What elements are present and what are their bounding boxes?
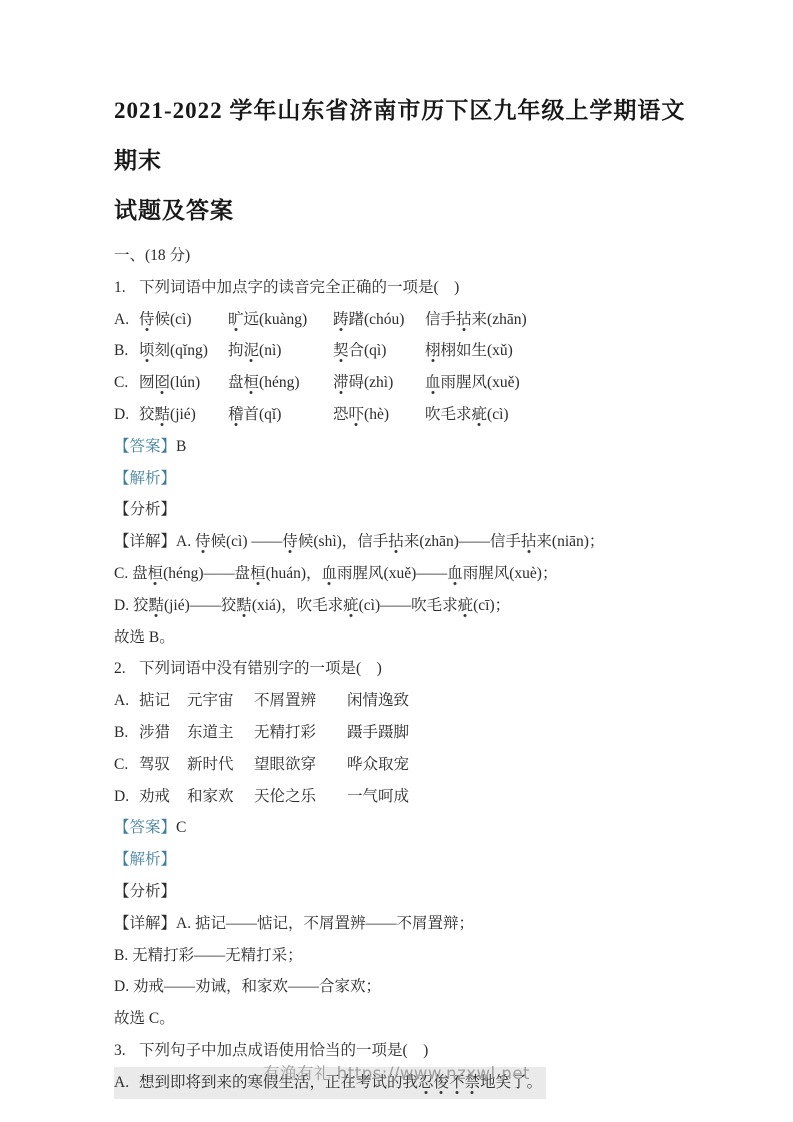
option-label: B. xyxy=(114,717,139,749)
option-row: D.劝戒和家欢天伦之乐一气呵成 xyxy=(114,781,692,813)
text-segment: (xiá)，吹毛求 xyxy=(252,597,343,614)
text-segment: (huán)， xyxy=(266,565,322,582)
text-segment: 来(niān)； xyxy=(536,533,604,550)
q2-answer: 【答案】C xyxy=(114,812,692,844)
text-segment: 躇(chóu) xyxy=(349,311,405,328)
text-segment: 【分析】 xyxy=(114,883,176,900)
emphasis-dot-char: 栩 xyxy=(425,342,441,359)
accent-label: 【答案】 xyxy=(114,438,176,455)
text-segment: 【详解】A. xyxy=(114,533,195,550)
accent-label: 【答案】 xyxy=(114,819,176,836)
text-segment: (jié)——狡 xyxy=(164,597,236,614)
option-item: 闲情逸致 xyxy=(347,685,409,717)
q1-xiangjie-a: 【详解】A. 侍候(cì) ——侍候(shì)，信手拈来(zhān)——信手拈来… xyxy=(114,526,692,558)
text-segment: (cì) xyxy=(487,406,509,423)
document-page: 2021-2022 学年山东省济南市历下区九年级上学期语文期末 试题及答案 一、… xyxy=(0,0,793,1122)
title-line-2: 试题及答案 xyxy=(114,186,692,236)
text-segment: 远(kuàng) xyxy=(244,311,308,328)
q1-fenxi-label: 【分析】 xyxy=(114,494,692,526)
option-item: 恐吓(hè) xyxy=(333,399,425,431)
q2-jiexi-label: 【解析】 xyxy=(114,844,692,876)
emphasis-dot-char: 侍 xyxy=(139,311,155,328)
text-segment: 下列句子中加点成语使用恰当的一项是( ) xyxy=(139,1042,428,1059)
emphasis-dot-char: 黠 xyxy=(236,597,252,614)
option-item: 不屑置辨 xyxy=(254,685,347,717)
q1-xiangjie-d: D. 狡黠(jié)——狡黠(xiá)，吹毛求疵(cì)——吹毛求疵(cī)； xyxy=(114,590,692,622)
option-row: C.囫囵(lún)盘桓(héng)滞碍(zhì)血雨腥风(xuě) xyxy=(114,367,692,399)
option-item: 东道主 xyxy=(187,717,254,749)
text-segment: (héng)——盘 xyxy=(163,565,250,582)
emphasis-dot-char: 桓 xyxy=(250,565,266,582)
option-item: 旷远(kuàng) xyxy=(228,304,333,336)
option-item: 元宇宙 xyxy=(187,685,254,717)
emphasis-dot-char: 滞 xyxy=(333,374,349,391)
text-segment: 囫 xyxy=(139,374,155,391)
emphasis-dot-char: 桓 xyxy=(244,374,260,391)
option-item: 踌躇(chóu) xyxy=(333,304,425,336)
text-segment: 闲情逸致 xyxy=(347,692,409,709)
text-segment: 和家欢 xyxy=(187,788,234,805)
emphasis-dot-char: 契 xyxy=(333,342,349,359)
text-segment: 劝戒 xyxy=(139,788,170,805)
option-item: 新时代 xyxy=(187,749,254,781)
q1-answer: 【答案】B xyxy=(114,431,692,463)
text-segment: 新时代 xyxy=(187,756,234,773)
option-item: 滞碍(zhì) xyxy=(333,367,425,399)
emphasis-dot-char: 黠 xyxy=(148,597,164,614)
option-row: D.狡黠(jié)稽首(qǐ)恐吓(hè)吹毛求疵(cì) xyxy=(114,399,692,431)
text-segment: (hè) xyxy=(364,406,389,423)
document-title: 2021-2022 学年山东省济南市历下区九年级上学期语文期末 试题及答案 xyxy=(114,86,692,236)
emphasis-dot-char: 疵 xyxy=(472,406,488,423)
option-item: 血雨腥风(xuě) xyxy=(425,367,520,399)
text-segment: 一气呵成 xyxy=(347,788,409,805)
option-item: 稽首(qǐ) xyxy=(228,399,333,431)
option-label: A. xyxy=(114,685,139,717)
option-label: D. xyxy=(114,781,139,813)
option-item: 栩栩如生(xǔ) xyxy=(425,335,513,367)
text-segment: 哗众取宠 xyxy=(347,756,409,773)
option-item: 契合(qì) xyxy=(333,335,425,367)
option-row: B.涉猎东道主无精打彩蹑手蹑脚 xyxy=(114,717,692,749)
text-segment: 碍(zhì) xyxy=(349,374,394,391)
option-label: D. xyxy=(114,399,139,431)
text-segment: 涉猎 xyxy=(139,724,170,741)
text-segment: (jié) xyxy=(170,406,196,423)
text-segment: 刻(qǐng) xyxy=(155,342,208,359)
option-row: A.掂记元宇宙不屑置辨闲情逸致 xyxy=(114,685,692,717)
q2-xiangjie-d: D. 劝戒——劝诫，和家欢——合家欢； xyxy=(114,971,692,1003)
option-item: 哗众取宠 xyxy=(347,749,409,781)
option-row: C.驾驭新时代望眼欲穿哗众取宠 xyxy=(114,749,692,781)
watermark-text: 有渔有礼 https://www.nzxwl.net xyxy=(263,1064,530,1083)
emphasis-dot-char: 拈 xyxy=(521,533,537,550)
emphasis-dot-char: 血 xyxy=(322,565,338,582)
q2-conclusion: 故选 C。 xyxy=(114,1003,692,1035)
text-segment: C xyxy=(176,819,186,836)
option-item: 无精打彩 xyxy=(254,717,347,749)
q1-jiexi-label: 【解析】 xyxy=(114,463,692,495)
text-segment: (nì) xyxy=(259,342,281,359)
text-segment: 狡 xyxy=(139,406,155,423)
option-label: B. xyxy=(114,335,139,367)
text-segment: B xyxy=(176,438,186,455)
text-segment: 【详解】A. 掂记——惦记，不屑置辨——不屑置辩； xyxy=(114,915,474,932)
line-label: 1. xyxy=(114,272,139,304)
text-segment: 合(qì) xyxy=(349,342,387,359)
option-item: 涉猎 xyxy=(139,717,187,749)
text-segment: 望眼欲穿 xyxy=(254,756,316,773)
emphasis-dot-char: 稽 xyxy=(228,406,244,423)
option-item: 吹毛求疵(cì) xyxy=(425,399,509,431)
option-item: 望眼欲穿 xyxy=(254,749,347,781)
q2-stem: 2.下列词语中没有错别字的一项是( ) xyxy=(114,653,692,685)
option-item: 和家欢 xyxy=(187,781,254,813)
accent-label: 【解析】 xyxy=(114,470,176,487)
q2-xiangjie-a: 【详解】A. 掂记——惦记，不屑置辨——不屑置辩； xyxy=(114,908,692,940)
option-row: B.顷刻(qǐng)拘泥(nì)契合(qì)栩栩如生(xǔ) xyxy=(114,335,692,367)
text-segment: 吹毛求 xyxy=(425,406,472,423)
q2-options: A.掂记元宇宙不屑置辨闲情逸致B.涉猎东道主无精打彩蹑手蹑脚C.驾驭新时代望眼欲… xyxy=(114,685,692,812)
option-item: 驾驭 xyxy=(139,749,187,781)
text-segment: 来(zhān) xyxy=(472,311,527,328)
option-item: 狡黠(jié) xyxy=(139,399,228,431)
emphasis-dot-char: 黠 xyxy=(155,406,171,423)
line-label: 2. xyxy=(114,653,139,685)
text-segment: 驾驭 xyxy=(139,756,170,773)
text-segment: 首(qǐ) xyxy=(244,406,282,423)
emphasis-dot-char: 拈 xyxy=(456,311,472,328)
q2-xiangjie-b: B. 无精打彩——无精打采； xyxy=(114,940,692,972)
emphasis-dot-char: 侍 xyxy=(195,533,211,550)
text-segment: C. 盘 xyxy=(114,565,148,582)
text-segment: 信手 xyxy=(425,311,456,328)
text-segment: (héng) xyxy=(259,374,299,391)
text-segment: 下列词语中没有错别字的一项是( ) xyxy=(139,660,382,677)
text-segment: 故选 C。 xyxy=(114,1010,175,1027)
text-segment: 故选 B。 xyxy=(114,629,175,646)
section-heading: 一、(18 分) xyxy=(114,240,692,272)
option-item: 天伦之乐 xyxy=(254,781,347,813)
emphasis-dot-char: 囵 xyxy=(155,374,171,391)
option-label: C. xyxy=(114,749,139,781)
emphasis-dot-char: 旷 xyxy=(228,311,244,328)
exam-document: 2021-2022 学年山东省济南市历下区九年级上学期语文期末 试题及答案 一、… xyxy=(114,86,692,1099)
text-segment: 盘 xyxy=(228,374,244,391)
text-segment: D. 狡 xyxy=(114,597,148,614)
option-label: A. xyxy=(114,304,139,336)
emphasis-dot-char: 拈 xyxy=(388,533,404,550)
option-item: 盘桓(héng) xyxy=(228,367,333,399)
q2-fenxi-label: 【分析】 xyxy=(114,876,692,908)
text-segment: 天伦之乐 xyxy=(254,788,316,805)
emphasis-dot-char: 踌 xyxy=(333,311,349,328)
option-item: 蹑手蹑脚 xyxy=(347,717,409,749)
emphasis-dot-char: 顷 xyxy=(139,342,155,359)
emphasis-dot-char: 疵 xyxy=(343,597,359,614)
text-segment: (cī)； xyxy=(473,597,510,614)
option-item: 一气呵成 xyxy=(347,781,409,813)
text-segment: 栩如生(xǔ) xyxy=(441,342,513,359)
text-segment: 来(zhān)——信手 xyxy=(404,533,521,550)
text-segment: 蹑手蹑脚 xyxy=(347,724,409,741)
text-segment: 候(cì) xyxy=(155,311,192,328)
emphasis-dot-char: 血 xyxy=(447,565,463,582)
text-segment: (lún) xyxy=(170,374,200,391)
emphasis-dot-char: 泥 xyxy=(244,342,260,359)
text-segment: 候(cì) —— xyxy=(210,533,282,550)
watermark-footer: 有渔有礼 https://www.nzxwl.net xyxy=(0,1060,793,1084)
text-segment: 候(shì)，信手 xyxy=(298,533,388,550)
emphasis-dot-char: 吓 xyxy=(349,406,365,423)
option-row: A.侍候(cì)旷远(kuàng)踌躇(chóu)信手拈来(zhān) xyxy=(114,304,692,336)
text-segment: 一、(18 分) xyxy=(114,247,190,264)
text-segment: 拘 xyxy=(228,342,244,359)
text-segment: 雨腥风(xuè)； xyxy=(463,565,558,582)
emphasis-dot-char: 侍 xyxy=(282,533,298,550)
text-segment: 恐 xyxy=(333,406,349,423)
text-segment: 雨腥风(xuě) xyxy=(441,374,520,391)
text-segment: 东道主 xyxy=(187,724,234,741)
option-item: 信手拈来(zhān) xyxy=(425,304,527,336)
text-segment: 无精打彩 xyxy=(254,724,316,741)
text-segment: 雨腥风(xuě)—— xyxy=(337,565,447,582)
q1-xiangjie-c: C. 盘桓(héng)——盘桓(huán)，血雨腥风(xuě)——血雨腥风(xu… xyxy=(114,558,692,590)
text-segment: B. 无精打彩——无精打采； xyxy=(114,947,303,964)
option-item: 囫囵(lún) xyxy=(139,367,228,399)
emphasis-dot-char: 血 xyxy=(425,374,441,391)
text-segment: D. 劝戒——劝诫，和家欢——合家欢； xyxy=(114,978,381,995)
q1-options: A.侍候(cì)旷远(kuàng)踌躇(chóu)信手拈来(zhān)B.顷刻(… xyxy=(114,304,692,431)
option-item: 掂记 xyxy=(139,685,187,717)
title-line-1: 2021-2022 学年山东省济南市历下区九年级上学期语文期末 xyxy=(114,86,692,186)
text-segment: 元宇宙 xyxy=(187,692,234,709)
option-item: 劝戒 xyxy=(139,781,187,813)
option-label: C. xyxy=(114,367,139,399)
line-text: 下列词语中加点字的读音完全正确的一项是( ) xyxy=(139,272,692,304)
line-text: 下列词语中没有错别字的一项是( ) xyxy=(139,653,692,685)
text-segment: 下列词语中加点字的读音完全正确的一项是( ) xyxy=(139,279,459,296)
text-segment: 【分析】 xyxy=(114,501,176,518)
option-item: 顷刻(qǐng) xyxy=(139,335,228,367)
emphasis-dot-char: 疵 xyxy=(458,597,474,614)
text-segment: 掂记 xyxy=(139,692,170,709)
option-item: 拘泥(nì) xyxy=(228,335,333,367)
q1-stem: 1.下列词语中加点字的读音完全正确的一项是( ) xyxy=(114,272,692,304)
q1-conclusion: 故选 B。 xyxy=(114,622,692,654)
text-segment: 不屑置辨 xyxy=(254,692,316,709)
emphasis-dot-char: 桓 xyxy=(148,565,164,582)
option-item: 侍候(cì) xyxy=(139,304,228,336)
text-segment: (cì)——吹毛求 xyxy=(359,597,458,614)
accent-label: 【解析】 xyxy=(114,851,176,868)
document-body: 一、(18 分)1.下列词语中加点字的读音完全正确的一项是( )A.侍候(cì)… xyxy=(114,240,692,1099)
